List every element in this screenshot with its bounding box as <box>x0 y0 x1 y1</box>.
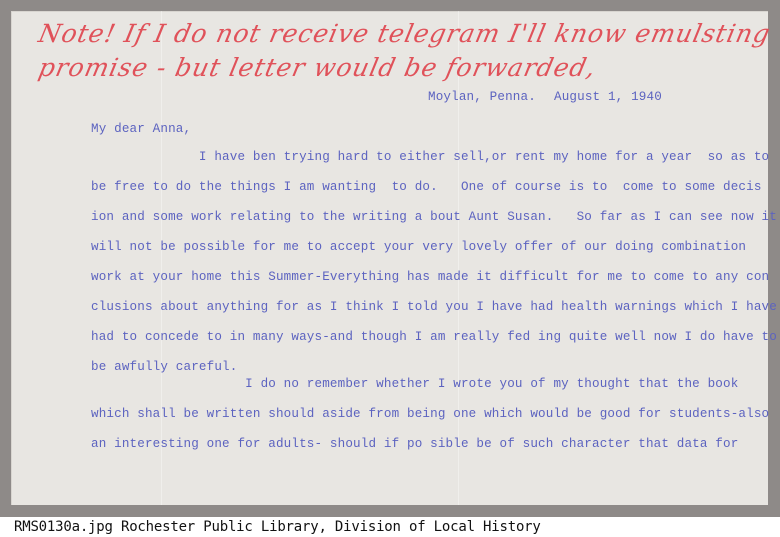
body-line: be awfully careful. <box>91 360 237 374</box>
body-line: an interesting one for adults- should if… <box>91 437 738 451</box>
body-line: I have ben trying hard to either sell,or… <box>91 150 769 164</box>
body-line: be free to do the things I am wanting to… <box>91 180 762 194</box>
image-caption: RMS0130a.jpg Rochester Public Library, D… <box>14 517 541 537</box>
body-line: work at your home this Summer-Everything… <box>91 270 769 284</box>
body-line: will not be possible for me to accept yo… <box>91 240 746 254</box>
letter-place: Moylan, Penna. <box>428 90 536 104</box>
handwritten-note-line-2: promise - but letter would be forwarded, <box>36 53 599 82</box>
mount-background: Note! If I do not receive telegram I'll … <box>0 0 780 517</box>
letter-date: August 1, 1940 <box>554 90 662 104</box>
fold-line <box>161 11 162 505</box>
letter-salutation: My dear Anna, <box>91 122 191 136</box>
body-line: I do no remember whether I wrote you of … <box>91 377 738 391</box>
fold-line <box>458 11 459 505</box>
body-line: ion and some work relating to the writin… <box>91 210 777 224</box>
body-line: clusions about anything for as I think I… <box>91 300 777 314</box>
handwritten-note-line-1: Note! If I do not receive telegram I'll … <box>36 19 773 48</box>
letter-page: Note! If I do not receive telegram I'll … <box>11 11 768 505</box>
body-line: had to concede to in many ways-and thoug… <box>91 330 777 344</box>
body-line: which shall be written should aside from… <box>91 407 769 421</box>
